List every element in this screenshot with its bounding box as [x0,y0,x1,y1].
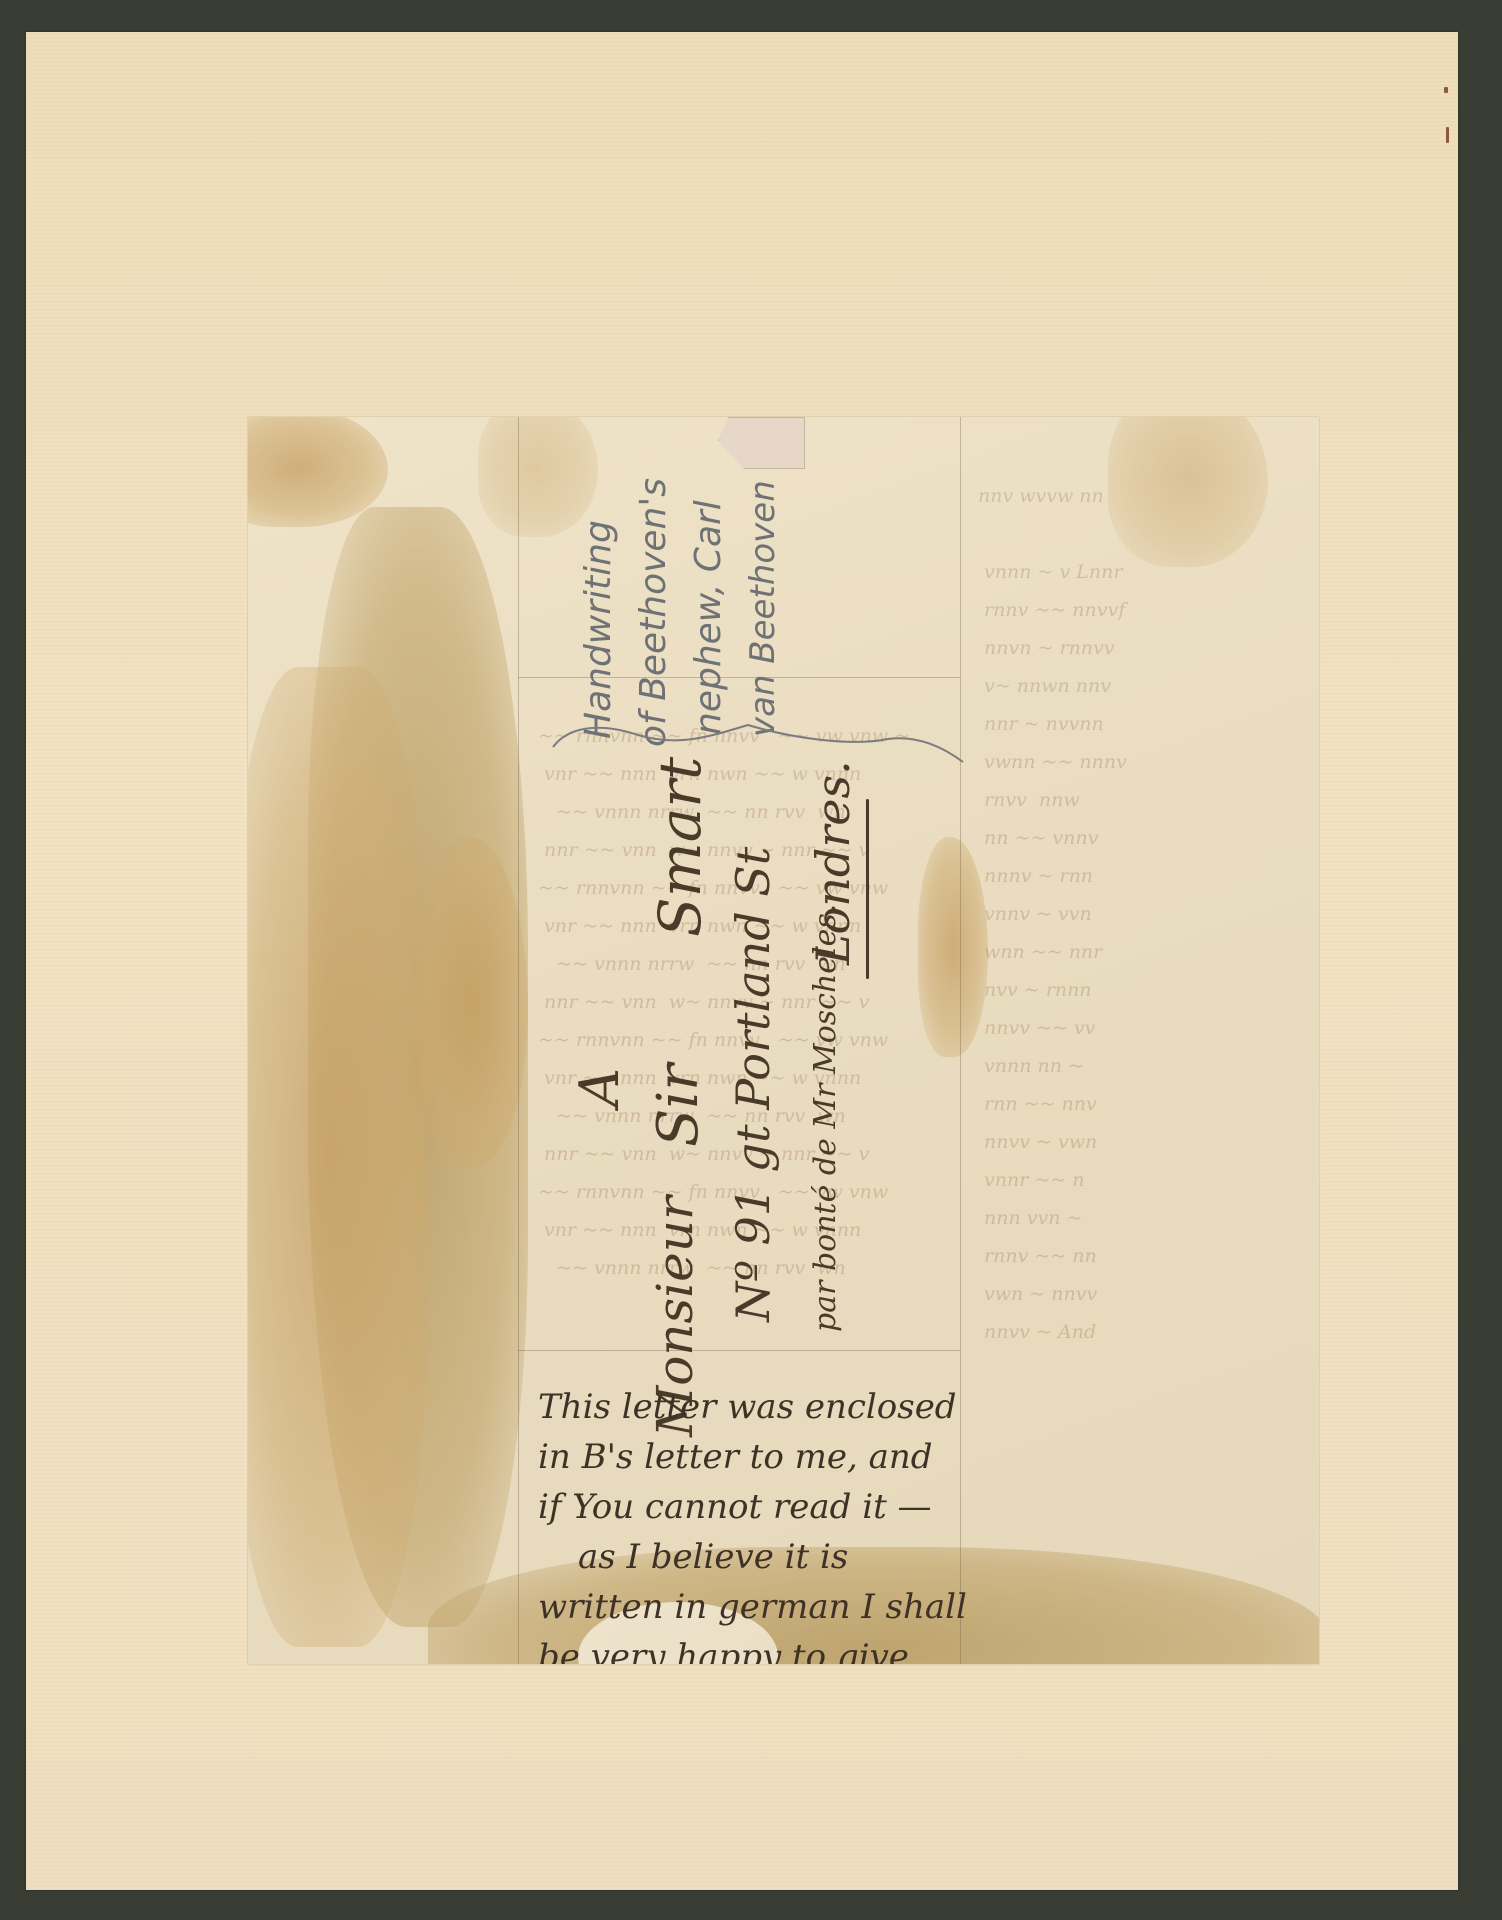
letter-address-panel: ~~ rnnvnn ~~ fn nnvv ~~ vw vnw ~ vnr ~~ … [248,417,1319,1664]
address-salutation: A [568,1068,631,1107]
english-note: This letter was enclosed in B's letter t… [538,1382,998,1664]
note-line: be very happy to give [538,1632,998,1664]
address-street: Nº 91 gt Portland St [726,847,780,1322]
bleed-through-text: nnv wvvw nn vnnn ~ v Lnnr rnnv ~~ nnvvf … [978,477,1127,1351]
city-underline [866,799,869,979]
fold-line [518,417,519,1664]
address-city: Londres. [806,760,860,965]
water-stain [478,417,598,537]
addressee-honorific: Sir [646,1064,711,1147]
note-line: in B's letter to me, and [538,1432,998,1482]
note-line: This letter was enclosed [538,1382,998,1432]
water-stain [1108,417,1268,567]
note-line: if You cannot read it — [538,1482,998,1532]
note-line: written in german I shall [538,1582,998,1632]
edge-mark [1444,87,1448,93]
pencil-brace [548,717,968,777]
fold-line [518,1350,960,1351]
pencil-annotation-line-4: van Beethoven [743,480,783,737]
hinge-tape [718,417,805,469]
edge-mark [1446,127,1449,143]
pencil-annotation-line-1: Handwriting [578,520,619,739]
water-stain [248,667,428,1647]
pencil-annotation-line-2: of Beethoven's [633,478,674,747]
pencil-annotation-line-3: nephew, Carl [688,500,729,735]
note-line: as I believe it is [538,1532,998,1582]
album-mount-leaf: ~~ rnnvnn ~~ fn nnvv ~~ vw vnw ~ vnr ~~ … [26,32,1458,1890]
address-courier: par bonté de Mr Moscheles. [808,904,843,1332]
addressee-surname: Smart [646,757,714,937]
